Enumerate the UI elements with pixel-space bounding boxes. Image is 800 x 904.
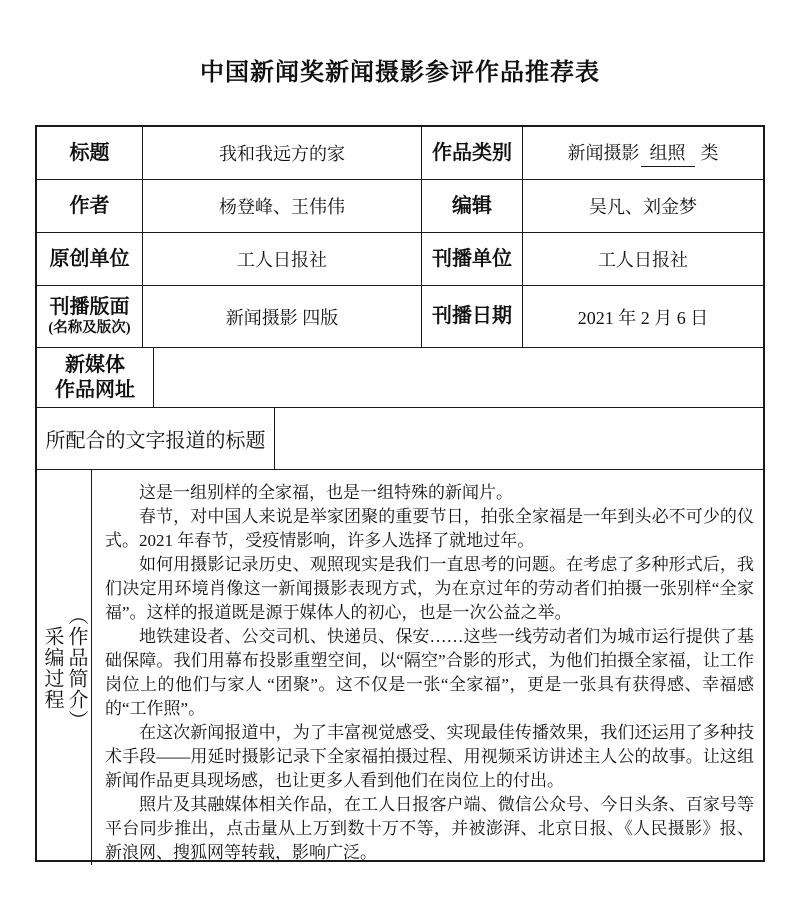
row-process-intro: 采编过程 （作品简介） 这是一组别样的全家福，也是一组特殊的新闻片。 春节，对中… — [37, 470, 763, 865]
publish-page-label: 刊播版面 (名称及版次) — [37, 286, 143, 347]
publish-page-value: 新闻摄影 四版 — [143, 286, 422, 347]
row-title-category: 标题 我和我远方的家 作品类别 新闻摄影组照类 — [37, 127, 763, 180]
summary-paragraph: 春节，对中国人来说是举家团聚的重要节日，拍张全家福是一年到头必不可少的仪式。20… — [105, 505, 754, 553]
title-value: 我和我远方的家 — [143, 127, 422, 179]
recommendation-table: 标题 我和我远方的家 作品类别 新闻摄影组照类 作者 杨登峰、王伟伟 编辑 吴凡… — [35, 125, 765, 862]
new-media-url-value — [154, 348, 763, 407]
process-intro-body: 这是一组别样的全家福，也是一组特殊的新闻片。 春节，对中国人来说是举家团聚的重要… — [92, 470, 763, 865]
new-media-url-label: 新媒体 作品网址 — [37, 348, 154, 407]
author-value: 杨登峰、王伟伟 — [143, 180, 422, 232]
process-intro-label: 采编过程 （作品简介） — [40, 573, 88, 763]
process-intro-label-cell: 采编过程 （作品简介） — [37, 470, 92, 865]
text-report-title-label: 所配合的文字报道的标题 — [37, 408, 275, 469]
row-author-editor: 作者 杨登峰、王伟伟 编辑 吴凡、刘金梦 — [37, 180, 763, 233]
publish-date-label: 刊播日期 — [422, 286, 523, 347]
summary-paragraph: 这是一组别样的全家福，也是一组特殊的新闻片。 — [105, 481, 754, 505]
editor-value: 吴凡、刘金梦 — [523, 180, 763, 232]
text-report-title-value — [275, 408, 763, 469]
category-label: 作品类别 — [422, 127, 523, 179]
publish-page-label-line2: (名称及版次) — [48, 320, 130, 337]
summary-paragraph: 照片及其融媒体相关作品，在工人日报客户端、微信公众号、今日头条、百家号等平台同步… — [105, 793, 754, 865]
category-value: 新闻摄影组照类 — [523, 127, 763, 179]
original-unit-value: 工人日报社 — [143, 233, 422, 285]
editor-label: 编辑 — [422, 180, 523, 232]
summary-paragraph: 地铁建设者、公交司机、快递员、保安……这些一线劳动者们为城市运行提供了基础保障。… — [105, 625, 754, 721]
row-units: 原创单位 工人日报社 刊播单位 工人日报社 — [37, 233, 763, 286]
publish-unit-label: 刊播单位 — [422, 233, 523, 285]
title-label: 标题 — [37, 127, 143, 179]
row-page-date: 刊播版面 (名称及版次) 新闻摄影 四版 刊播日期 2021 年 2 月 6 日 — [37, 286, 763, 348]
row-text-report-title: 所配合的文字报道的标题 — [37, 408, 763, 470]
row-new-media-url: 新媒体 作品网址 — [37, 348, 763, 408]
summary-paragraph: 如何用摄影记录历史、观照现实是我们一直思考的问题。在考虑了多种形式后，我们决定用… — [105, 553, 754, 625]
category-value-line: 新闻摄影组照类 — [568, 139, 719, 167]
author-label: 作者 — [37, 180, 143, 232]
summary-paragraph: 在这次新闻报道中，为了丰富视觉感受、实现最佳传播效果，我们还运用了多种技术手段—… — [105, 721, 754, 793]
publish-unit-value: 工人日报社 — [523, 233, 763, 285]
category-underlined: 组照 — [641, 139, 695, 167]
page-title: 中国新闻奖新闻摄影参评作品推荐表 — [0, 52, 800, 87]
category-suffix: 类 — [701, 143, 719, 163]
publish-page-label-line1: 刊播版面 — [50, 295, 130, 320]
category-prefix: 新闻摄影 — [568, 143, 640, 163]
publish-date-value: 2021 年 2 月 6 日 — [523, 286, 763, 347]
original-unit-label: 原创单位 — [37, 233, 143, 285]
